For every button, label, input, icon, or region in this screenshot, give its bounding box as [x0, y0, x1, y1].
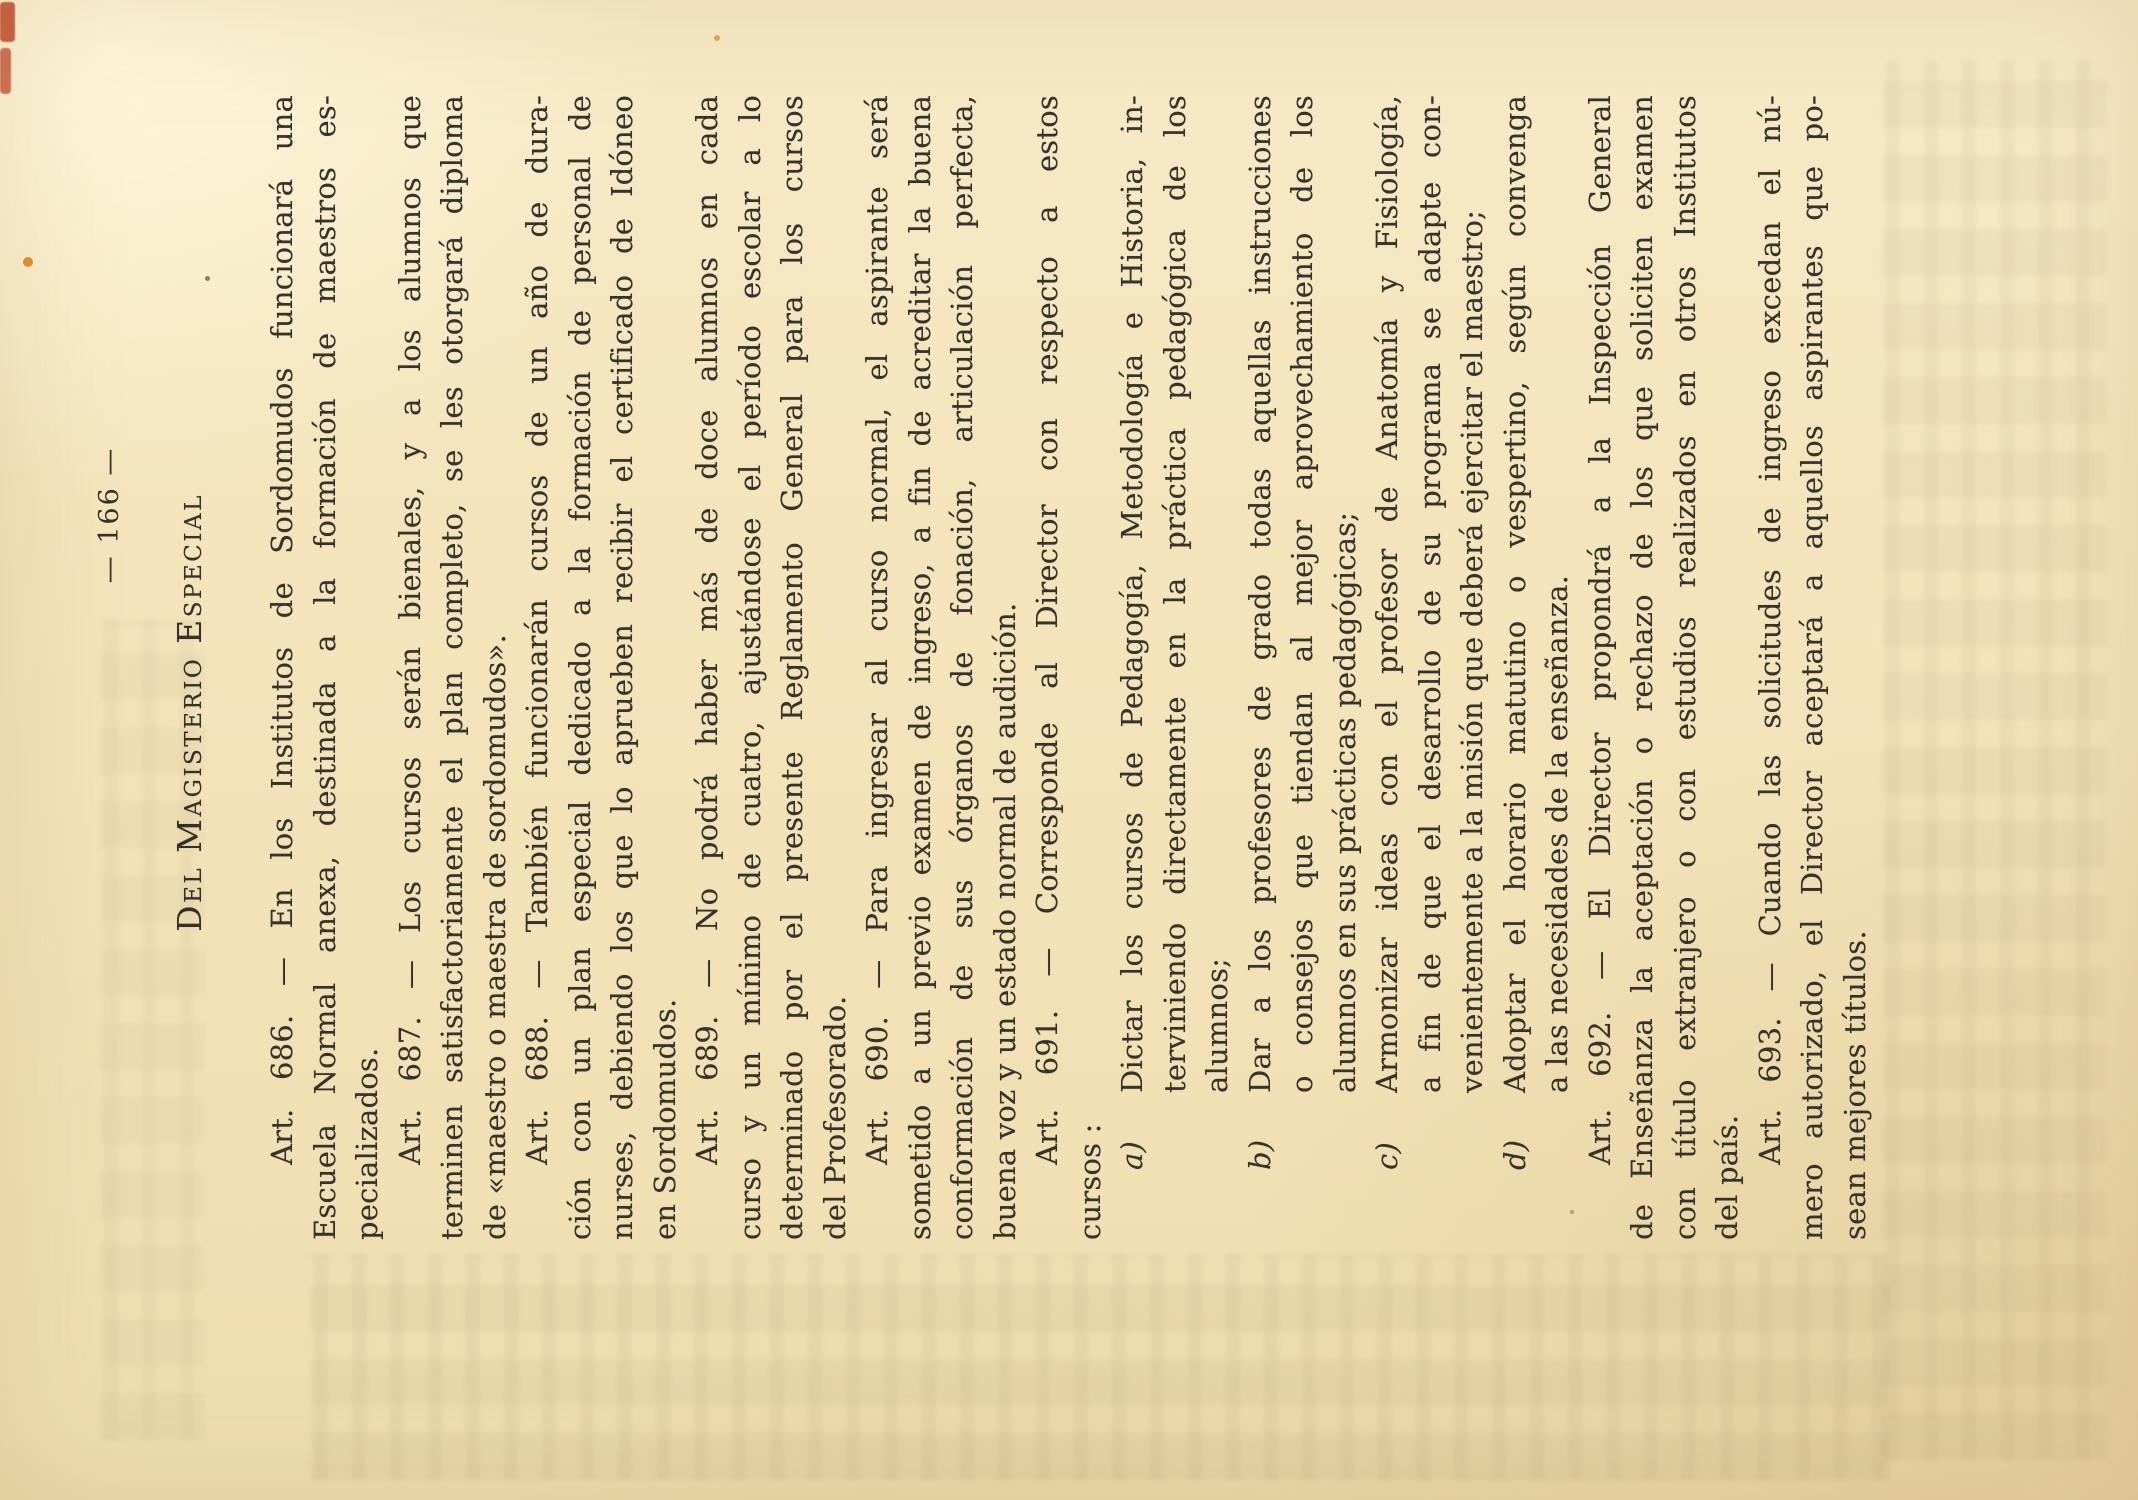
text-line: Armonizar ideas con el profesor de Anato… — [1366, 95, 1409, 1093]
text-line: mero autorizado, el Director aceptará a … — [1791, 95, 1834, 1240]
text-line: Escuela Normal anexa, destinada a la for… — [304, 95, 347, 1240]
scan-canvas: — 166 — Del Magisterio Especial Art. 686… — [0, 0, 2138, 1500]
text-line: Art. 689. — No podrá haber más de doce a… — [686, 95, 729, 1240]
text-line: de Enseñanza la aceptación o rechazo de … — [1621, 95, 1664, 1240]
text-block: Art. 686. — En los Institutos de Sordomu… — [261, 95, 1876, 1240]
bleedthrough-artifact — [310, 1255, 1890, 1480]
text-line: a fin de que el desarrollo de su program… — [1409, 95, 1452, 1093]
orange-speck — [714, 35, 720, 41]
paragraph: Art. 689. — No podrá haber más de doce a… — [686, 95, 856, 1240]
page-title: Del Magisterio Especial — [170, 140, 209, 1285]
paragraph-lines: Art. 693. — Cuando las solicitudes de in… — [1749, 95, 1877, 1240]
document-page: — 166 — Del Magisterio Especial Art. 686… — [0, 0, 2138, 1500]
paragraph: d) Adoptar el horario matutino o vespert… — [1494, 95, 1579, 1240]
paragraph-lines: Art. 690. — Para ingresar al curso norma… — [856, 95, 1026, 1240]
text-line: sean mejores títulos. — [1834, 95, 1877, 1240]
text-line: nurses, debiendo los que lo aprueben rec… — [601, 95, 644, 1240]
text-line: venientemente a la misión que deberá eje… — [1451, 95, 1494, 1093]
orange-speck — [23, 257, 33, 267]
paragraph: Art. 686. — En los Institutos de Sordomu… — [261, 95, 389, 1240]
item-marker: c) — [1366, 1142, 1409, 1170]
paragraph: Art. 690. — Para ingresar al curso norma… — [856, 95, 1026, 1240]
paragraph-lines: Art. 691. — Corresponde al Director con … — [1026, 95, 1111, 1240]
text-line: de «maestro o maestra de sordomudos». — [474, 95, 517, 1240]
text-line: Art. 688. — También funcionarán cursos d… — [516, 95, 559, 1240]
text-line: a las necesidades de la enseñanza. — [1536, 95, 1579, 1093]
text-line: Art. 693. — Cuando las solicitudes de in… — [1749, 95, 1792, 1240]
text-line: Art. 690. — Para ingresar al curso norma… — [856, 95, 899, 1240]
bleedthrough-artifact — [1882, 60, 2107, 1460]
text-line: del Profesorado. — [814, 95, 857, 1240]
text-line: ción con un plan especial dedicado a la … — [559, 95, 602, 1240]
text-line: cursos : — [1069, 95, 1112, 1240]
text-line: terminen satisfactoriamente el plan comp… — [431, 95, 474, 1240]
paragraph: b) Dar a los profesores de grado todas a… — [1239, 95, 1367, 1240]
text-line: terviniendo directamente en la práctica … — [1154, 95, 1197, 1093]
page-number: — 166 — — [94, 420, 125, 610]
text-line: sometido a un previo examen de ingreso, … — [899, 95, 942, 1240]
paragraph: a) Dictar los cursos de Pedagogía, Metod… — [1111, 95, 1239, 1240]
text-line: pecializados. — [346, 95, 389, 1240]
red-edge-mark — [0, 2, 15, 42]
paragraph-lines: Art. 688. — También funcionarán cursos d… — [516, 95, 686, 1240]
text-line: Art. 686. — En los Institutos de Sordomu… — [261, 95, 304, 1240]
text-line: Art. 692. — El Director propondrá a la I… — [1579, 95, 1622, 1240]
paragraph-lines: Art. 692. — El Director propondrá a la I… — [1579, 95, 1749, 1240]
item-marker: a) — [1111, 1141, 1154, 1170]
paragraph-lines: Art. 686. — En los Institutos de Sordomu… — [261, 95, 389, 1240]
paper-speck — [1570, 1210, 1574, 1214]
red-edge-mark — [0, 48, 11, 94]
paragraph: Art. 692. — El Director propondrá a la I… — [1579, 95, 1749, 1240]
text-line: alumnos; — [1196, 95, 1239, 1093]
paragraph-lines: Art. 689. — No podrá haber más de doce a… — [686, 95, 856, 1240]
paragraph: Art. 687. — Los cursos serán bienales, y… — [389, 95, 517, 1240]
paragraph-lines: Armonizar ideas con el profesor de Anato… — [1366, 95, 1494, 1093]
paragraph: c) Armonizar ideas con el profesor de An… — [1366, 95, 1494, 1240]
item-marker: d) — [1494, 1140, 1537, 1170]
paragraph-lines: Dictar los cursos de Pedagogía, Metodolo… — [1111, 95, 1239, 1093]
text-line: Dar a los profesores de grado todas aque… — [1239, 95, 1282, 1093]
text-line: en Sordomudos. — [644, 95, 687, 1240]
text-line: con título extranjero o con estudios rea… — [1664, 95, 1707, 1240]
text-line: alumnos en sus prácticas pedagógicas; — [1324, 95, 1367, 1093]
paragraph-lines: Adoptar el horario matutino o vespertino… — [1494, 95, 1579, 1093]
paragraph-lines: Dar a los profesores de grado todas aque… — [1239, 95, 1367, 1093]
text-line: o consejos que tiendan al mejor aprovech… — [1281, 95, 1324, 1093]
text-line: Art. 687. — Los cursos serán bienales, y… — [389, 95, 432, 1240]
paragraph: Art. 688. — También funcionarán cursos d… — [516, 95, 686, 1240]
text-line: del país. — [1706, 95, 1749, 1240]
text-line: conformación de sus órganos de fonación,… — [941, 95, 984, 1240]
paper-speck — [205, 276, 210, 281]
text-line: Dictar los cursos de Pedagogía, Metodolo… — [1111, 95, 1154, 1093]
text-line: determinado por el presente Reglamento G… — [771, 95, 814, 1240]
text-line: buena voz y un estado normal de audición… — [984, 95, 1027, 1240]
item-marker: b) — [1239, 1140, 1282, 1170]
text-line: Art. 691. — Corresponde al Director con … — [1026, 95, 1069, 1240]
paragraph: Art. 691. — Corresponde al Director con … — [1026, 95, 1111, 1240]
text-line: Adoptar el horario matutino o vespertino… — [1494, 95, 1537, 1093]
text-line: curso y un mínimo de cuatro, ajustándose… — [729, 95, 772, 1240]
paragraph-lines: Art. 687. — Los cursos serán bienales, y… — [389, 95, 517, 1240]
paragraph: Art. 693. — Cuando las solicitudes de in… — [1749, 95, 1877, 1240]
